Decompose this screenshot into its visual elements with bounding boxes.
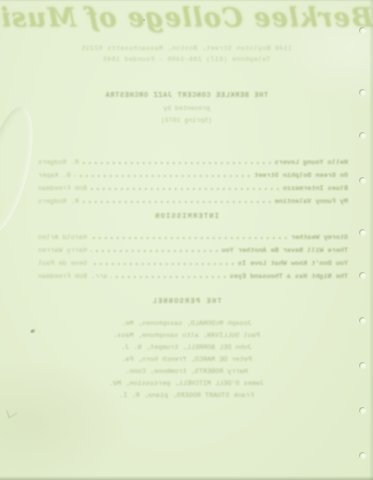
punch-hole (359, 272, 366, 279)
page-edge-right (369, 0, 373, 480)
page-edge-top (0, 0, 373, 2)
binder-holes (0, 0, 373, 480)
punch-hole (359, 407, 366, 414)
page-edge-bottom (0, 476, 373, 480)
punch-hole (359, 317, 366, 324)
paper-speck (143, 19, 145, 21)
punch-hole (359, 452, 366, 459)
punch-hole (359, 27, 366, 34)
punch-hole (359, 89, 366, 96)
punch-hole (359, 132, 366, 139)
punch-hole (359, 229, 366, 236)
punch-hole (359, 177, 366, 184)
scanned-program-page: Berklee College of Music 1140 Boylston S… (0, 0, 373, 480)
punch-hole (359, 362, 366, 369)
